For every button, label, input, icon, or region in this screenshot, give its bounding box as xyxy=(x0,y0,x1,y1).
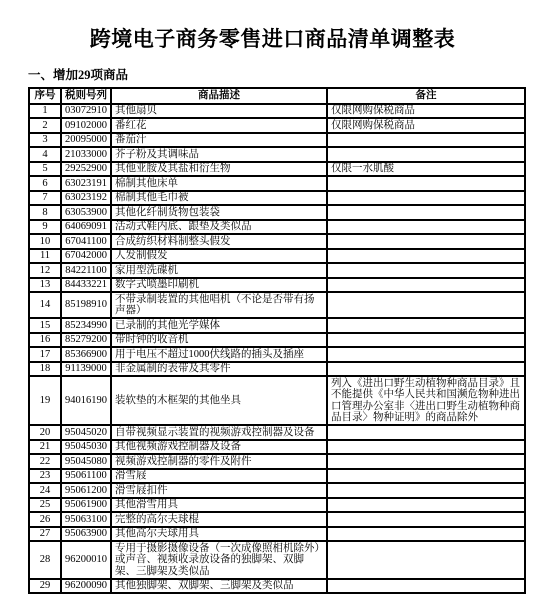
remark-cell: 仅限网购保税商品 xyxy=(327,104,525,119)
tariff-code-cell: 96200010 xyxy=(61,541,111,579)
table-row: 320095000番茄汁 xyxy=(29,133,525,148)
remark-cell xyxy=(327,469,525,484)
remark-cell xyxy=(327,133,525,148)
description-cell: 数字式喷墨印刷机 xyxy=(111,278,327,293)
description-cell: 专用于摄影摄像设备（一次成像照相机除外）或声音、视频收录放设备的独脚架、双脚架、… xyxy=(111,541,327,579)
tariff-code-cell: 67042000 xyxy=(61,249,111,264)
description-cell: 棉制其他床单 xyxy=(111,176,327,191)
serial-cell: 1 xyxy=(29,104,61,119)
tariff-code-cell: 95061900 xyxy=(61,498,111,513)
serial-cell: 2 xyxy=(29,118,61,133)
table-row: 1785366900用于电压不超过1000伏线路的插头及插座 xyxy=(29,347,525,362)
description-cell: 其他高尔夫球用具 xyxy=(111,527,327,542)
table-row: 2595061900其他滑雪用具 xyxy=(29,498,525,513)
serial-cell: 28 xyxy=(29,541,61,579)
description-cell: 其他滑雪用具 xyxy=(111,498,327,513)
table-row: 2996200090其他独脚架、双脚架、三脚架及类似品 xyxy=(29,579,525,594)
serial-cell: 3 xyxy=(29,133,61,148)
description-cell: 不带录制装置的其他唱机（不论是否带有扬声器） xyxy=(111,292,327,318)
remark-cell xyxy=(327,176,525,191)
remark-cell: 列入《进出口野生动植物种商品目录》且不能提供《中华人民共和国濒危物种进出口管理办… xyxy=(327,376,525,425)
tariff-code-cell: 85198910 xyxy=(61,292,111,318)
header-description: 商品描述 xyxy=(111,88,327,104)
tariff-code-cell: 63023192 xyxy=(61,191,111,206)
description-cell: 芥子粉及其调味品 xyxy=(111,147,327,162)
tariff-code-cell: 03072910 xyxy=(61,104,111,119)
table-row: 1284221100家用型洗碟机 xyxy=(29,263,525,278)
tariff-code-cell: 85366900 xyxy=(61,347,111,362)
tariff-code-cell: 67041100 xyxy=(61,234,111,249)
serial-cell: 18 xyxy=(29,362,61,377)
table-row: 1167042000人发制假发 xyxy=(29,249,525,264)
remark-cell xyxy=(327,527,525,542)
table-row: 1891139000非金属制的表带及其零件 xyxy=(29,362,525,377)
tariff-code-cell: 29252900 xyxy=(61,162,111,177)
table-row: 2495061200滑雪屐扣件 xyxy=(29,483,525,498)
table-row: 663023191棉制其他床单 xyxy=(29,176,525,191)
remark-cell: 仅限一水肌酸 xyxy=(327,162,525,177)
description-cell: 其他亚胺及其盐和衍生物 xyxy=(111,162,327,177)
table-row: 2395061100滑雪屐 xyxy=(29,469,525,484)
serial-cell: 24 xyxy=(29,483,61,498)
table-row: 1994016190装软垫的木框架的其他坐具列入《进出口野生动植物种商品目录》且… xyxy=(29,376,525,425)
remark-cell xyxy=(327,362,525,377)
table-row: 2695063100完整的高尔夫球棍 xyxy=(29,512,525,527)
table-row: 103072910其他扇贝仅限网购保税商品 xyxy=(29,104,525,119)
table-row: 2195045030其他视频游戏控制器及设备 xyxy=(29,440,525,455)
remark-cell xyxy=(327,220,525,235)
serial-cell: 12 xyxy=(29,263,61,278)
tariff-code-cell: 63023191 xyxy=(61,176,111,191)
serial-cell: 19 xyxy=(29,376,61,425)
serial-cell: 27 xyxy=(29,527,61,542)
tariff-code-cell: 96200090 xyxy=(61,579,111,594)
tariff-code-cell: 84221100 xyxy=(61,263,111,278)
description-cell: 棉制其他毛巾被 xyxy=(111,191,327,206)
serial-cell: 10 xyxy=(29,234,61,249)
remark-cell xyxy=(327,483,525,498)
remark-cell xyxy=(327,347,525,362)
serial-cell: 13 xyxy=(29,278,61,293)
table-row: 1384433221数字式喷墨印刷机 xyxy=(29,278,525,293)
remark-cell xyxy=(327,191,525,206)
serial-cell: 17 xyxy=(29,347,61,362)
serial-cell: 15 xyxy=(29,318,61,333)
description-cell: 自带视频显示装置的视频游戏控制器及设备 xyxy=(111,425,327,440)
table-body: 103072910其他扇贝仅限网购保税商品209102000番红花仅限网购保税商… xyxy=(29,104,525,594)
serial-cell: 8 xyxy=(29,205,61,220)
remark-cell xyxy=(327,579,525,594)
remark-cell xyxy=(327,292,525,318)
description-cell: 视频游戏控制器的零件及附件 xyxy=(111,454,327,469)
table-row: 1485198910不带录制装置的其他唱机（不论是否带有扬声器） xyxy=(29,292,525,318)
tariff-code-cell: 95063900 xyxy=(61,527,111,542)
serial-cell: 9 xyxy=(29,220,61,235)
serial-cell: 22 xyxy=(29,454,61,469)
description-cell: 其他扇贝 xyxy=(111,104,327,119)
page-title: 跨境电子商务零售进口商品清单调整表 xyxy=(0,23,545,53)
description-cell: 番红花 xyxy=(111,118,327,133)
tariff-code-cell: 85279200 xyxy=(61,333,111,348)
document-page: 跨境电子商务零售进口商品清单调整表 一、增加29项商品 序号 税则号列 商品描述… xyxy=(0,0,545,605)
description-cell: 活动式鞋内底、跟垫及类似品 xyxy=(111,220,327,235)
remark-cell xyxy=(327,498,525,513)
serial-cell: 16 xyxy=(29,333,61,348)
table-row: 2896200010专用于摄影摄像设备（一次成像照相机除外）或声音、视频收录放设… xyxy=(29,541,525,579)
tariff-code-cell: 64069091 xyxy=(61,220,111,235)
tariff-code-cell: 63053900 xyxy=(61,205,111,220)
table-row: 529252900其他亚胺及其盐和衍生物仅限一水肌酸 xyxy=(29,162,525,177)
header-remark: 备注 xyxy=(327,88,525,104)
tariff-code-cell: 91139000 xyxy=(61,362,111,377)
table-row: 2095045020自带视频显示装置的视频游戏控制器及设备 xyxy=(29,425,525,440)
remark-cell xyxy=(327,263,525,278)
serial-cell: 7 xyxy=(29,191,61,206)
tariff-code-cell: 95061200 xyxy=(61,483,111,498)
serial-cell: 11 xyxy=(29,249,61,264)
table-row: 964069091活动式鞋内底、跟垫及类似品 xyxy=(29,220,525,235)
description-cell: 合成纺织材料制整头假发 xyxy=(111,234,327,249)
table-row: 1067041100合成纺织材料制整头假发 xyxy=(29,234,525,249)
tariff-code-cell: 09102000 xyxy=(61,118,111,133)
commodity-table: 序号 税则号列 商品描述 备注 103072910其他扇贝仅限网购保税商品209… xyxy=(28,87,526,594)
table-row: 421033000芥子粉及其调味品 xyxy=(29,147,525,162)
table-row: 209102000番红花仅限网购保税商品 xyxy=(29,118,525,133)
tariff-code-cell: 85234990 xyxy=(61,318,111,333)
description-cell: 滑雪屐扣件 xyxy=(111,483,327,498)
description-cell: 番茄汁 xyxy=(111,133,327,148)
header-serial: 序号 xyxy=(29,88,61,104)
serial-cell: 21 xyxy=(29,440,61,455)
tariff-code-cell: 95045020 xyxy=(61,425,111,440)
remark-cell xyxy=(327,147,525,162)
remark-cell xyxy=(327,541,525,579)
description-cell: 装软垫的木框架的其他坐具 xyxy=(111,376,327,425)
description-cell: 其他化纤制货物包装袋 xyxy=(111,205,327,220)
tariff-code-cell: 95045030 xyxy=(61,440,111,455)
table-row: 1685279200带时钟的收音机 xyxy=(29,333,525,348)
remark-cell xyxy=(327,234,525,249)
description-cell: 滑雪屐 xyxy=(111,469,327,484)
remark-cell xyxy=(327,425,525,440)
serial-cell: 5 xyxy=(29,162,61,177)
tariff-code-cell: 84433221 xyxy=(61,278,111,293)
remark-cell xyxy=(327,318,525,333)
remark-cell xyxy=(327,249,525,264)
tariff-code-cell: 95045080 xyxy=(61,454,111,469)
description-cell: 完整的高尔夫球棍 xyxy=(111,512,327,527)
remark-cell xyxy=(327,512,525,527)
serial-cell: 29 xyxy=(29,579,61,594)
serial-cell: 26 xyxy=(29,512,61,527)
tariff-code-cell: 95063100 xyxy=(61,512,111,527)
tariff-code-cell: 94016190 xyxy=(61,376,111,425)
remark-cell xyxy=(327,278,525,293)
serial-cell: 14 xyxy=(29,292,61,318)
tariff-code-cell: 20095000 xyxy=(61,133,111,148)
table-row: 2795063900其他高尔夫球用具 xyxy=(29,527,525,542)
description-cell: 非金属制的表带及其零件 xyxy=(111,362,327,377)
tariff-code-cell: 21033000 xyxy=(61,147,111,162)
table-row: 2295045080视频游戏控制器的零件及附件 xyxy=(29,454,525,469)
description-cell: 其他视频游戏控制器及设备 xyxy=(111,440,327,455)
remark-cell xyxy=(327,333,525,348)
remark-cell xyxy=(327,440,525,455)
description-cell: 人发制假发 xyxy=(111,249,327,264)
description-cell: 已录制的其他光学媒体 xyxy=(111,318,327,333)
description-cell: 带时钟的收音机 xyxy=(111,333,327,348)
tariff-code-cell: 95061100 xyxy=(61,469,111,484)
serial-cell: 4 xyxy=(29,147,61,162)
description-cell: 家用型洗碟机 xyxy=(111,263,327,278)
serial-cell: 6 xyxy=(29,176,61,191)
description-cell: 其他独脚架、双脚架、三脚架及类似品 xyxy=(111,579,327,594)
description-cell: 用于电压不超过1000伏线路的插头及插座 xyxy=(111,347,327,362)
header-tariff-code: 税则号列 xyxy=(61,88,111,104)
remark-cell xyxy=(327,205,525,220)
remark-cell: 仅限网购保税商品 xyxy=(327,118,525,133)
table-row: 763023192棉制其他毛巾被 xyxy=(29,191,525,206)
table-header-row: 序号 税则号列 商品描述 备注 xyxy=(29,88,525,104)
table-row: 863053900其他化纤制货物包装袋 xyxy=(29,205,525,220)
table-row: 1585234990已录制的其他光学媒体 xyxy=(29,318,525,333)
serial-cell: 25 xyxy=(29,498,61,513)
remark-cell xyxy=(327,454,525,469)
section-heading: 一、增加29项商品 xyxy=(28,65,545,83)
serial-cell: 20 xyxy=(29,425,61,440)
serial-cell: 23 xyxy=(29,469,61,484)
